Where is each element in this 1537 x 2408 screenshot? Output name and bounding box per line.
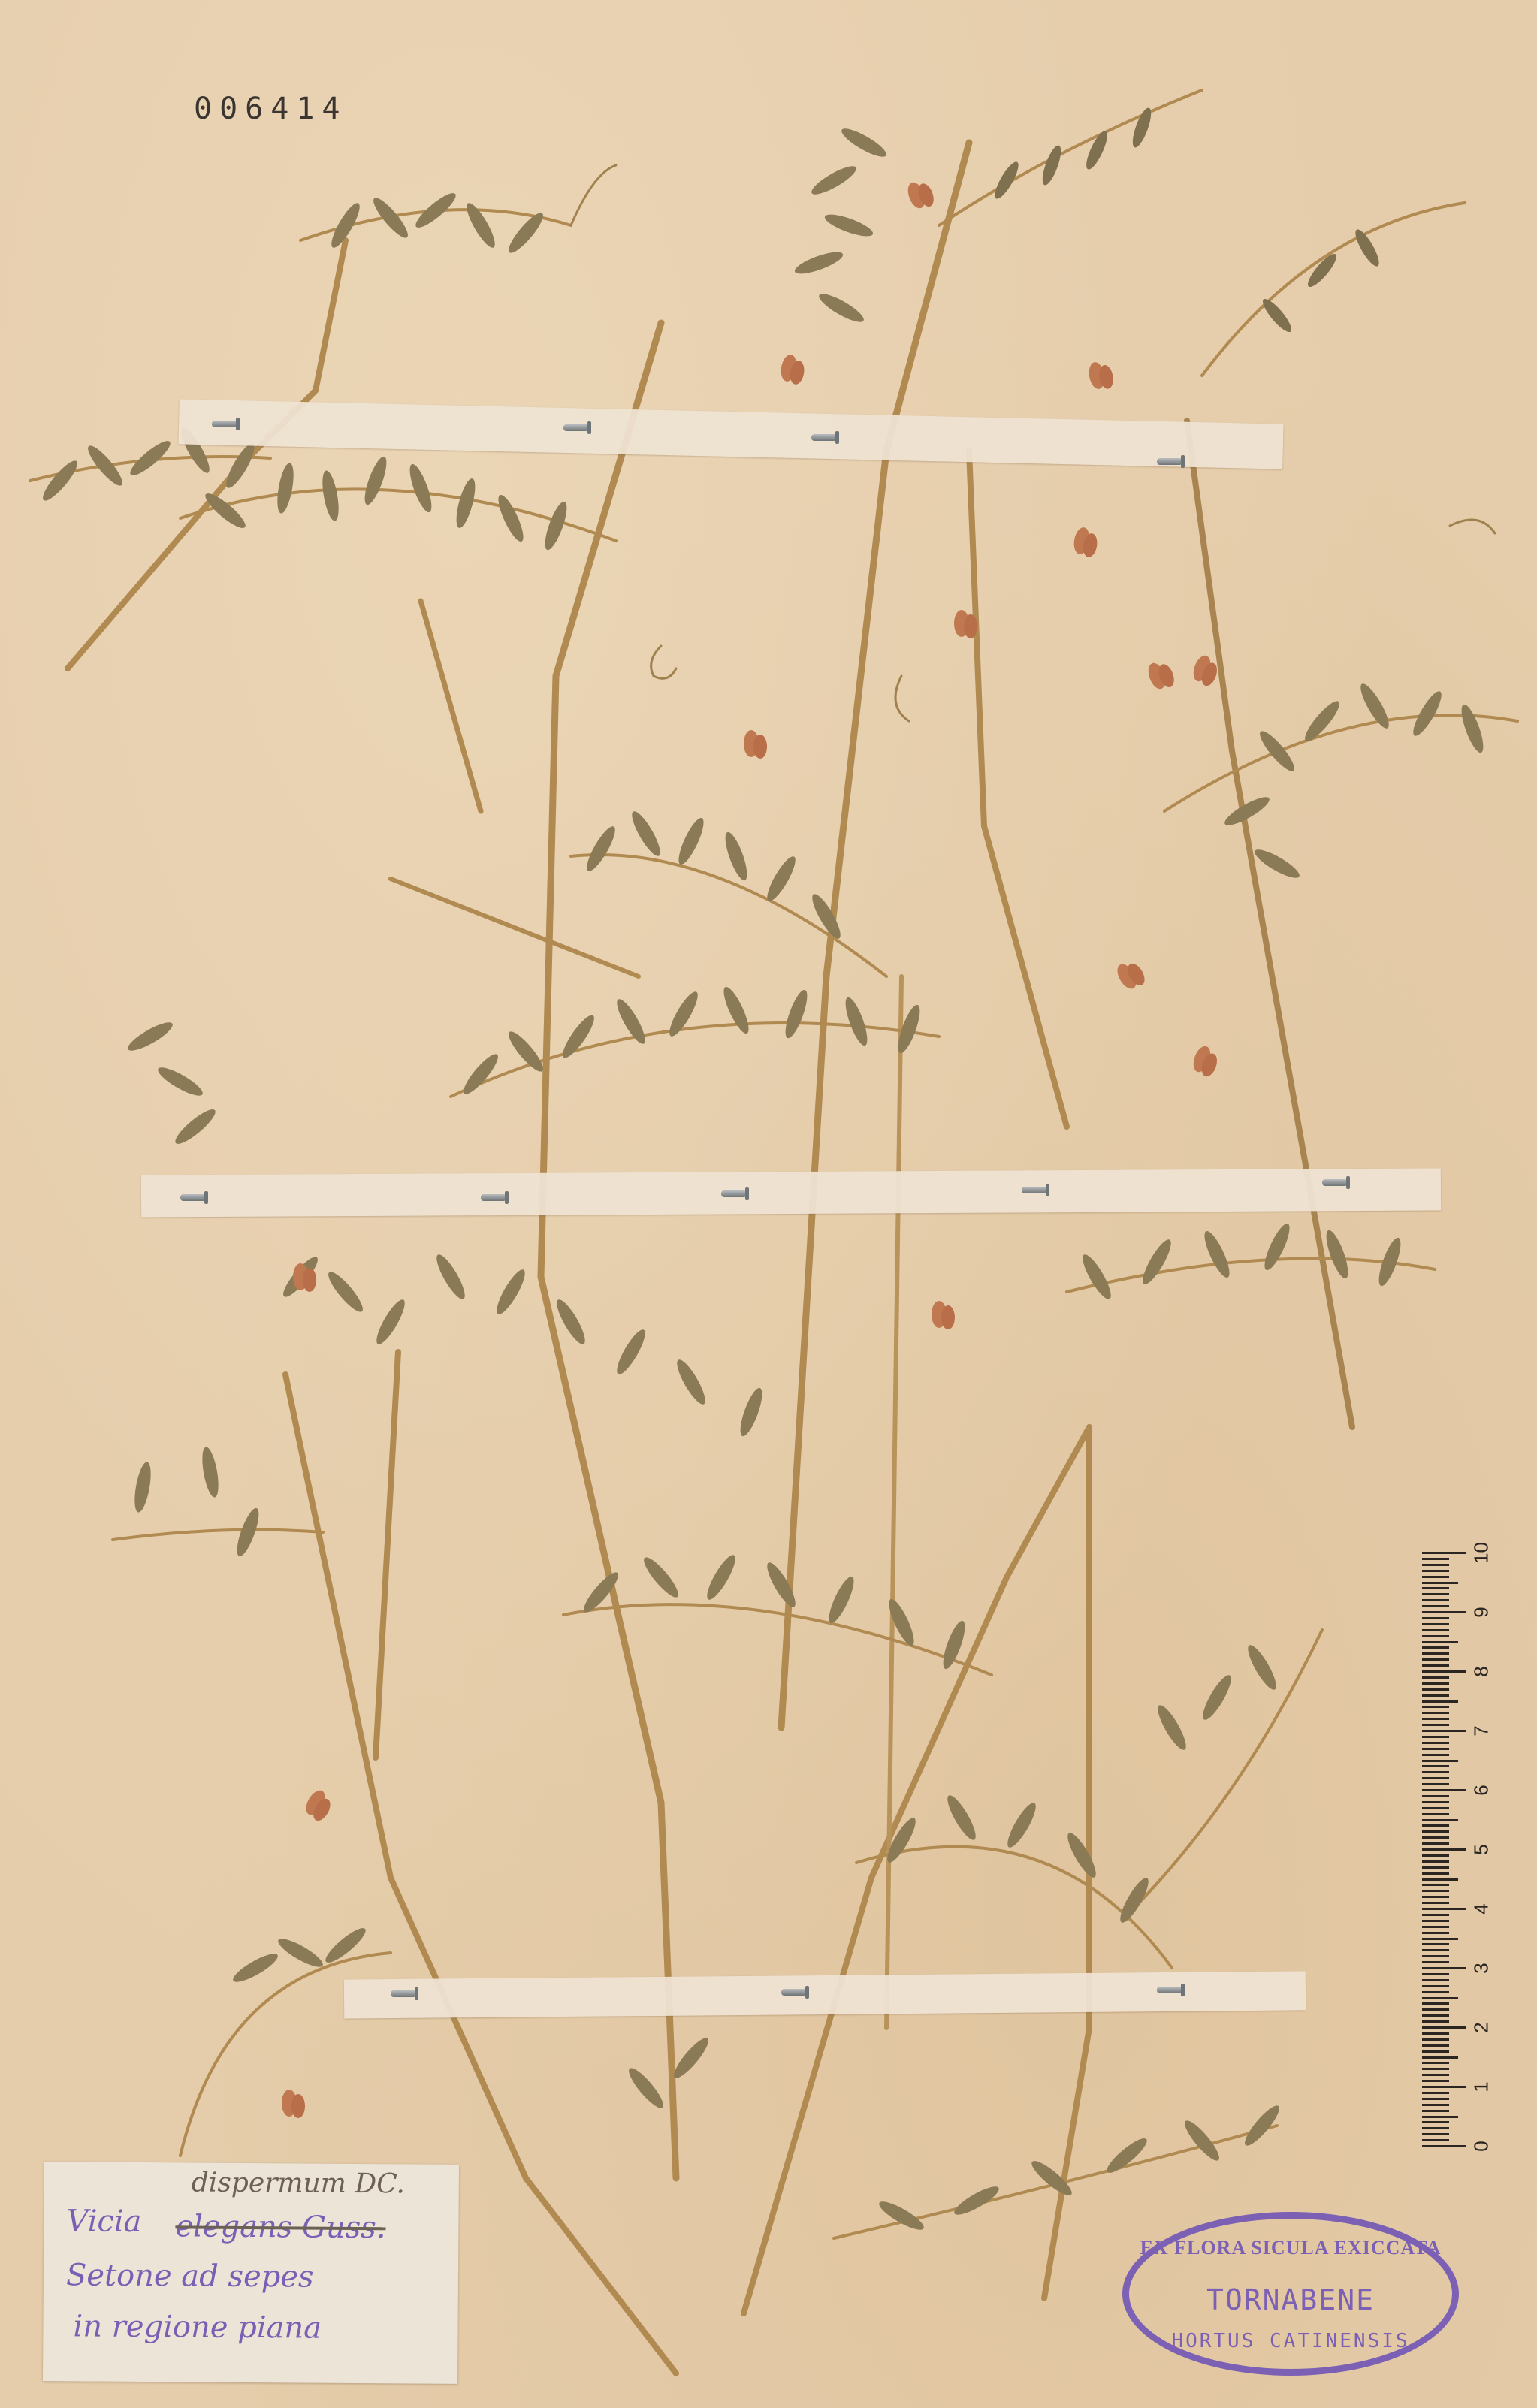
ruler-tick xyxy=(1422,1866,1449,1869)
ruler-tick xyxy=(1422,1760,1458,1762)
ruler-label: 2 xyxy=(1470,2017,1493,2039)
stamp-center-text: TORNABENE xyxy=(1129,2283,1452,2316)
ruler-tick xyxy=(1422,1593,1449,1595)
pin xyxy=(721,1190,747,1197)
ruler-tick xyxy=(1422,1842,1449,1845)
ruler-label: 1 xyxy=(1470,2076,1493,2099)
pin xyxy=(811,434,837,441)
ruler-tick xyxy=(1422,1973,1449,1975)
ruler-label: 5 xyxy=(1470,1839,1493,1861)
ruler-tick xyxy=(1422,1658,1449,1661)
ruler-tick xyxy=(1422,1896,1449,1898)
ruler-tick xyxy=(1422,1813,1449,1815)
ruler-tick xyxy=(1422,2110,1449,2112)
ruler-tick xyxy=(1422,1795,1449,1797)
herbarium-stamp: EX FLORA SICULA EXICCATA TORNABENE HORTU… xyxy=(1122,2212,1459,2376)
ruler-tick xyxy=(1422,1836,1449,1839)
ruler-tick xyxy=(1422,2127,1449,2129)
ruler-tick xyxy=(1422,2139,1449,2141)
ruler-tick xyxy=(1422,1623,1449,1625)
ruler-tick xyxy=(1422,1564,1449,1566)
ruler-tick xyxy=(1422,2086,1466,2088)
pin xyxy=(391,1990,416,1997)
determination-text: dispermum DC. xyxy=(192,2167,405,2199)
ruler-label: 4 xyxy=(1470,1898,1493,1921)
ruler-tick xyxy=(1422,1801,1449,1803)
ruler-tick xyxy=(1422,2062,1449,2064)
habitat-text: in regione piana xyxy=(73,2309,322,2345)
ruler-tick xyxy=(1422,1955,1449,1957)
tape-middle xyxy=(141,1168,1441,1217)
ruler-tick xyxy=(1422,1908,1466,1910)
ruler-tick xyxy=(1422,1985,1449,1987)
specimen-label: dispermum DC. Vicia elegans Guss. Setone… xyxy=(43,2162,459,2384)
ruler-tick xyxy=(1422,1635,1449,1637)
ruler-tick xyxy=(1422,1629,1449,1631)
ruler-tick xyxy=(1422,1961,1449,1963)
ruler-tick xyxy=(1422,2020,1449,2023)
ruler-tick xyxy=(1422,1576,1449,1578)
ruler-tick xyxy=(1422,2145,1466,2147)
ruler-tick xyxy=(1422,1932,1449,1934)
ruler-tick xyxy=(1422,1599,1449,1601)
ruler-tick xyxy=(1422,1694,1449,1697)
ruler-tick xyxy=(1422,1646,1449,1649)
pin xyxy=(1157,458,1182,465)
pin xyxy=(1322,1179,1348,1186)
ruler-tick xyxy=(1422,2002,1449,2005)
ruler-tick xyxy=(1422,1967,1466,1969)
ruler-tick xyxy=(1422,2026,1466,2029)
ruler-tick xyxy=(1422,1783,1449,1785)
ruler-tick xyxy=(1422,1748,1449,1750)
ruler-tick xyxy=(1422,1819,1458,1821)
ruler-tick xyxy=(1422,2044,1449,2047)
ruler-tick xyxy=(1422,1830,1449,1833)
ruler-tick xyxy=(1422,1570,1449,1572)
ruler-tick xyxy=(1422,1979,1449,1981)
ruler-tick xyxy=(1422,1582,1458,1584)
ruler-tick xyxy=(1422,1682,1449,1685)
ruler-tick xyxy=(1422,2074,1449,2076)
ruler-tick xyxy=(1422,1938,1458,1940)
ruler-tick xyxy=(1422,2008,1449,2011)
pin xyxy=(563,424,589,431)
ruler-tick xyxy=(1422,1848,1466,1851)
ruler-tick xyxy=(1422,1688,1449,1691)
ruler-tick xyxy=(1422,1558,1449,1560)
ruler-tick xyxy=(1422,2068,1449,2070)
ruler-tick xyxy=(1422,1878,1458,1881)
scale-ruler: 012345678910 xyxy=(1422,1547,1490,2156)
pin xyxy=(481,1194,506,1201)
pin xyxy=(212,421,237,427)
ruler-tick xyxy=(1422,1670,1466,1673)
locality-text: Setone ad sepes xyxy=(66,2258,314,2294)
ruler-tick xyxy=(1422,1605,1449,1607)
ruler-tick xyxy=(1422,1718,1449,1720)
ruler-tick xyxy=(1422,1997,1458,1999)
ruler-tick xyxy=(1422,1641,1458,1643)
ruler-tick xyxy=(1422,1771,1449,1773)
ruler-tick xyxy=(1422,2038,1449,2041)
ruler-tick xyxy=(1422,1652,1449,1655)
ruler-tick xyxy=(1422,1587,1449,1589)
ruler-tick xyxy=(1422,2014,1449,2017)
ruler-tick xyxy=(1422,1676,1449,1679)
pin xyxy=(1022,1187,1047,1193)
ruler-tick xyxy=(1422,2098,1449,2100)
ruler-tick xyxy=(1422,1914,1449,1916)
ruler-tick xyxy=(1422,1807,1449,1809)
pin xyxy=(180,1194,206,1201)
ruler-tick xyxy=(1422,2050,1449,2053)
ruler-tick xyxy=(1422,1742,1449,1744)
ruler-tick xyxy=(1422,1949,1449,1951)
ruler-tick xyxy=(1422,1926,1449,1928)
ruler-tick xyxy=(1422,1736,1449,1738)
ruler-tick xyxy=(1422,2056,1458,2059)
ruler-tick xyxy=(1422,1860,1449,1863)
ruler-tick xyxy=(1422,1724,1449,1726)
ruler-tick xyxy=(1422,1664,1449,1667)
ruler-tick xyxy=(1422,1706,1449,1708)
ruler-tick xyxy=(1422,1884,1449,1886)
pin xyxy=(781,1989,807,1996)
ruler-tick xyxy=(1422,1754,1449,1756)
ruler-tick xyxy=(1422,1777,1449,1779)
ruler-tick xyxy=(1422,2121,1449,2123)
ruler-tick xyxy=(1422,1552,1466,1554)
ruler-tick xyxy=(1422,2116,1458,2118)
genus-text: Vicia xyxy=(66,2204,141,2239)
ruler-tick xyxy=(1422,1765,1449,1767)
ruler-tick xyxy=(1422,1943,1449,1945)
ruler-tick xyxy=(1422,1617,1449,1619)
ruler-tick xyxy=(1422,2032,1449,2035)
ruler-tick xyxy=(1422,2092,1449,2094)
ruler-tick xyxy=(1422,1712,1449,1714)
stamp-bottom-text: HORTUS CATINENSIS xyxy=(1129,2330,1452,2352)
ruler-label: 0 xyxy=(1470,2135,1493,2158)
ruler-tick xyxy=(1422,1611,1466,1613)
ruler-tick xyxy=(1422,2133,1449,2135)
stamp-top-text: EX FLORA SICULA EXICCATA xyxy=(1129,2237,1452,2259)
ruler-tick xyxy=(1422,1991,1449,1993)
ruler-tick xyxy=(1422,2104,1449,2106)
ruler-tick xyxy=(1422,1920,1449,1922)
ruler-tick xyxy=(1422,1872,1449,1875)
ruler-tick xyxy=(1422,1902,1449,1904)
struck-epithet-text: elegans Guss. xyxy=(175,2209,385,2245)
ruler-label: 10 xyxy=(1470,1542,1493,1565)
ruler-tick xyxy=(1422,1700,1458,1703)
ruler-label: 7 xyxy=(1470,1720,1493,1743)
ruler-tick xyxy=(1422,1789,1466,1791)
ruler-tick xyxy=(1422,1730,1466,1732)
ruler-label: 6 xyxy=(1470,1779,1493,1802)
ruler-tick xyxy=(1422,1890,1449,1892)
pin xyxy=(1157,1987,1182,1993)
ruler-label: 8 xyxy=(1470,1661,1493,1683)
ruler-label: 3 xyxy=(1470,1957,1493,1980)
ruler-tick xyxy=(1422,1854,1449,1857)
ruler-tick xyxy=(1422,2080,1449,2082)
ruler-tick xyxy=(1422,1824,1449,1827)
ruler-label: 9 xyxy=(1470,1601,1493,1624)
